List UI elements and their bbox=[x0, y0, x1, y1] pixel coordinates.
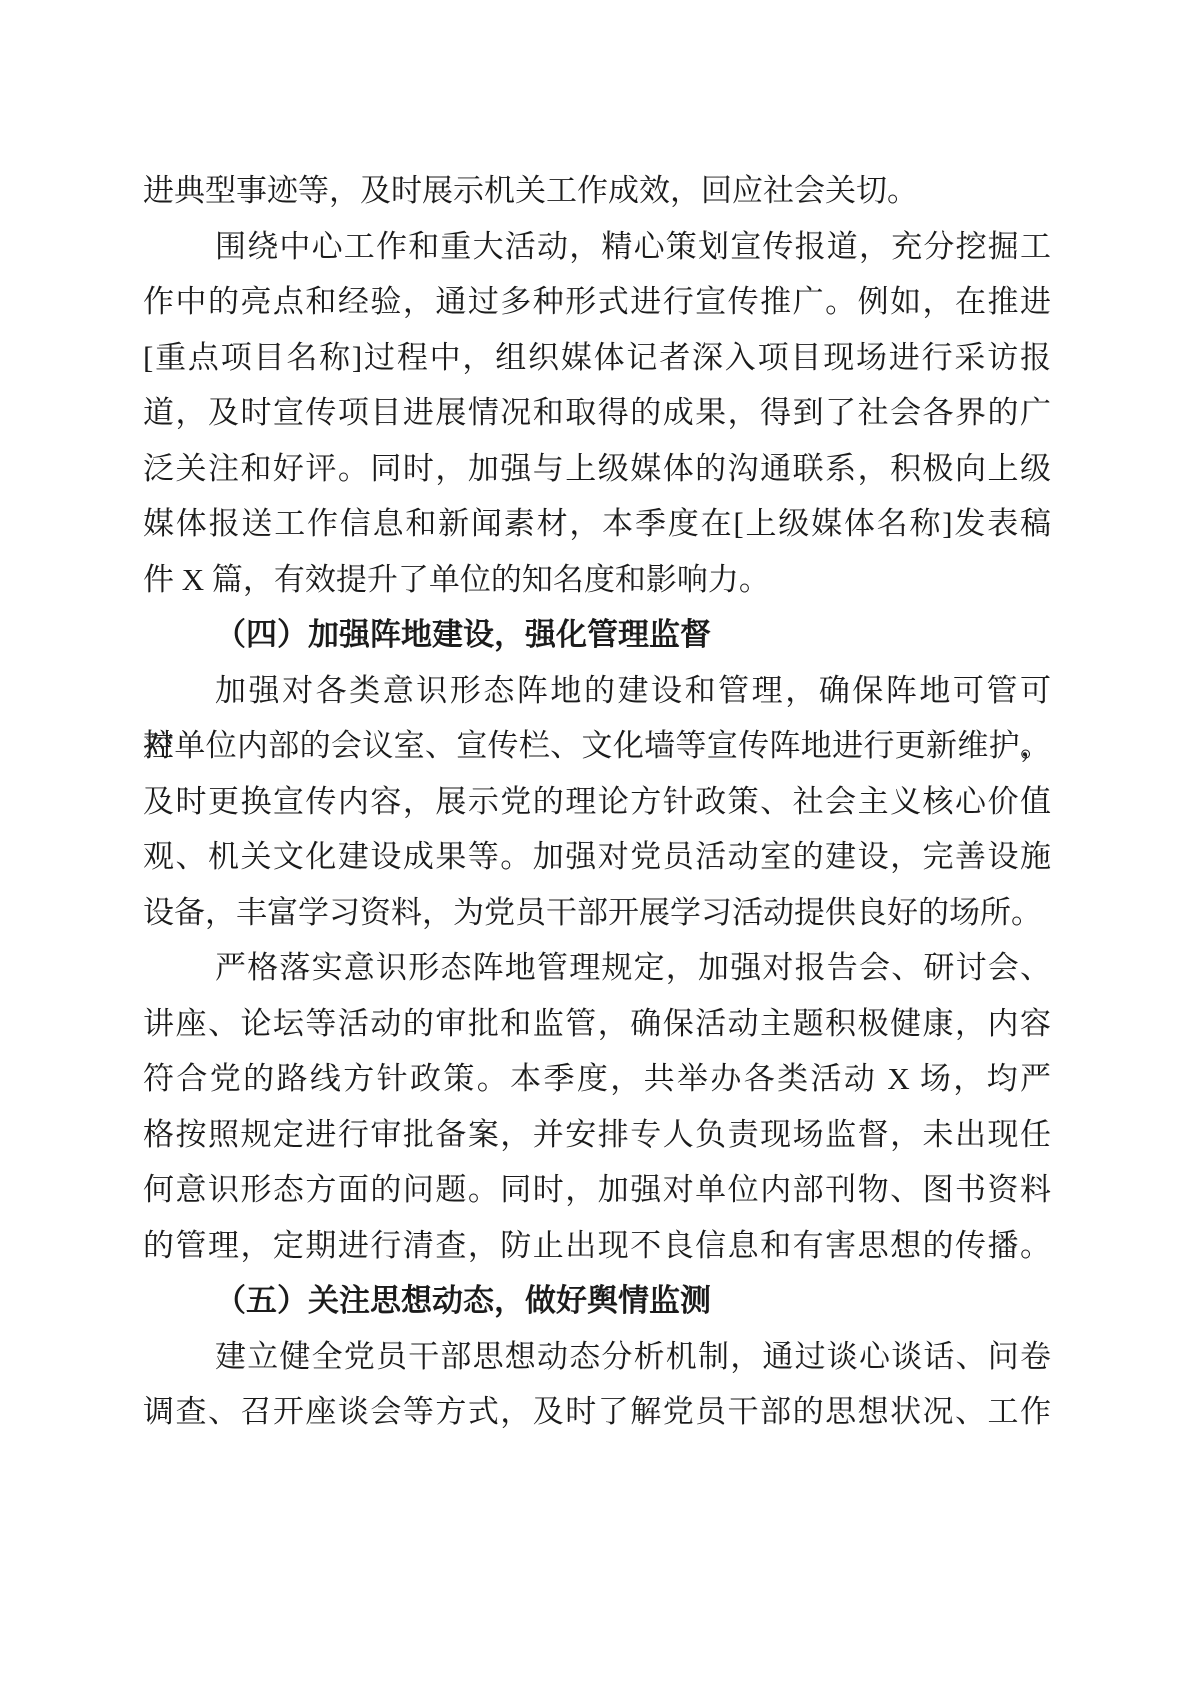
text-line: 围绕中心工作和重大活动，精心策划宣传报道，充分挖掘工 bbox=[143, 219, 1051, 275]
text-line: 及时更换宣传内容，展示党的理论方针政策、社会主义核心价值 bbox=[143, 774, 1051, 830]
text-line: 严格落实意识形态阵地管理规定，加强对报告会、研讨会、 bbox=[143, 940, 1051, 996]
text-line: 讲座、论坛等活动的审批和监管，确保活动主题积极健康，内容 bbox=[143, 996, 1051, 1052]
text-line: 加强对各类意识形态阵地的建设和管理，确保阵地可管可控。 bbox=[143, 663, 1051, 719]
text-line: 进典型事迹等，及时展示机关工作成效，回应社会关切。 bbox=[143, 163, 1051, 219]
text-line: 观、机关文化建设成果等。加强对党员活动室的建设，完善设施 bbox=[143, 829, 1051, 885]
text-line: 作中的亮点和经验，通过多种形式进行宣传推广。例如，在推进 bbox=[143, 274, 1051, 330]
section-heading: （五）关注思想动态，做好舆情监测 bbox=[143, 1273, 1051, 1329]
text-line: 泛关注和好评。同时，加强与上级媒体的沟通联系，积极向上级 bbox=[143, 441, 1051, 497]
text-line: 建立健全党员干部思想动态分析机制，通过谈心谈话、问卷 bbox=[143, 1329, 1051, 1385]
text-line: 件 X 篇，有效提升了单位的知名度和影响力。 bbox=[143, 552, 1051, 608]
text-line: [重点项目名称]过程中，组织媒体记者深入项目现场进行采访报 bbox=[143, 330, 1051, 386]
text-line: 的管理，定期进行清查，防止出现不良信息和有害思想的传播。 bbox=[143, 1218, 1051, 1274]
text-line: 何意识形态方面的问题。同时，加强对单位内部刊物、图书资料 bbox=[143, 1162, 1051, 1218]
text-line: 对单位内部的会议室、宣传栏、文化墙等宣传阵地进行更新维护， bbox=[143, 718, 1051, 774]
document-content: 进典型事迹等，及时展示机关工作成效，回应社会关切。围绕中心工作和重大活动，精心策… bbox=[143, 163, 1051, 1440]
text-line: 格按照规定进行审批备案，并安排专人负责现场监督，未出现任 bbox=[143, 1107, 1051, 1163]
section-heading: （四）加强阵地建设，强化管理监督 bbox=[143, 607, 1051, 663]
text-line: 设备，丰富学习资料，为党员干部开展学习活动提供良好的场所。 bbox=[143, 885, 1051, 941]
text-line: 符合党的路线方针政策。本季度，共举办各类活动 X 场，均严 bbox=[143, 1051, 1051, 1107]
text-line: 调查、召开座谈会等方式，及时了解党员干部的思想状况、工作 bbox=[143, 1384, 1051, 1440]
text-line: 道，及时宣传项目进展情况和取得的成果，得到了社会各界的广 bbox=[143, 385, 1051, 441]
text-line: 媒体报送工作信息和新闻素材，本季度在[上级媒体名称]发表稿 bbox=[143, 496, 1051, 552]
document-page: 进典型事迹等，及时展示机关工作成效，回应社会关切。围绕中心工作和重大活动，精心策… bbox=[0, 0, 1190, 1683]
